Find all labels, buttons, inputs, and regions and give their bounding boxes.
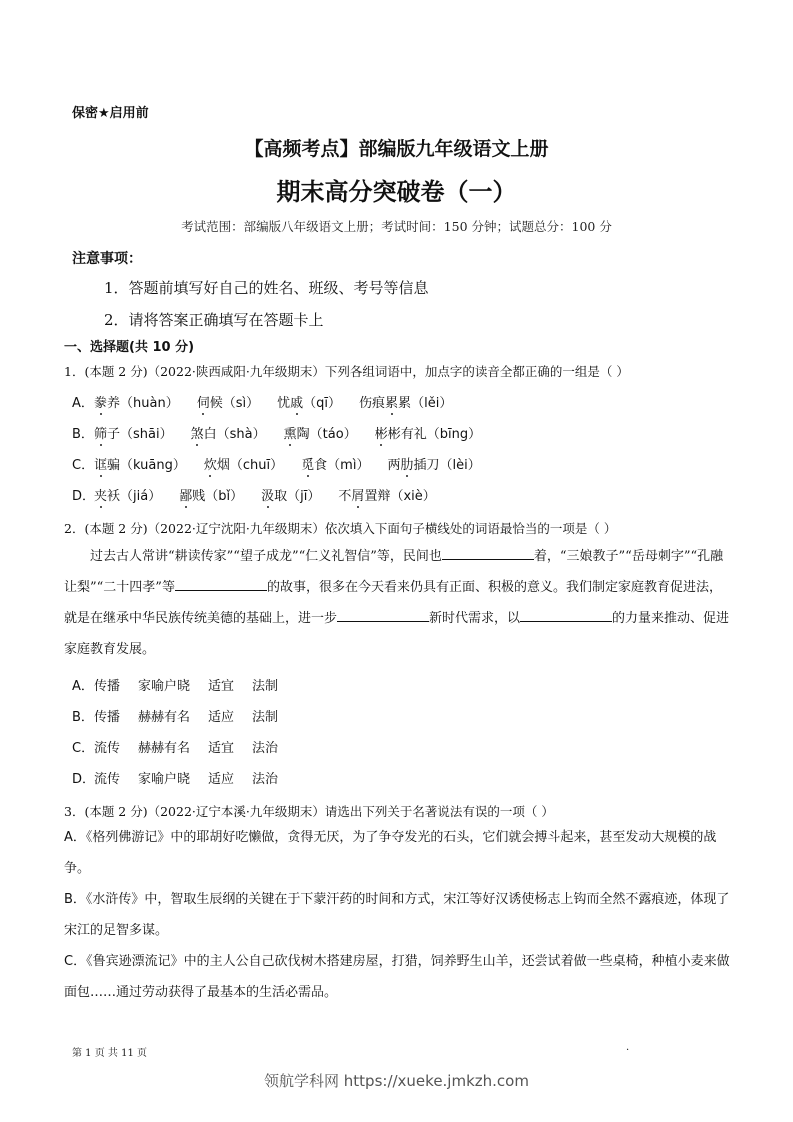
question-1-option[interactable]: C．诓骗（kuāng）炊烟（chuī）觅食（mì）两肋插刀（lèi）	[72, 454, 499, 473]
word-item: 筛子（shāi）	[94, 423, 173, 442]
pinyin: （lěi）	[411, 396, 452, 411]
question-1-option[interactable]: A．豢养（huàn）伺候（sì）忧戚（qī）伤痕累累（lěi）	[72, 392, 470, 411]
dotted-char: 熏	[284, 427, 297, 442]
question-2-option[interactable]: D．流传家喻户晓适应法治	[72, 768, 296, 787]
option-word: 法制	[252, 675, 278, 694]
dotted-char: 肋	[400, 458, 413, 473]
option-word: 适宜	[208, 737, 234, 756]
fill-blank-4[interactable]	[520, 607, 612, 622]
pinyin: （shà）	[217, 427, 266, 442]
confidential-label: 保密★启用前	[72, 102, 149, 121]
pinyin: （bǐ）	[205, 489, 243, 504]
dotted-char: 夹	[94, 489, 107, 504]
word-item: 忧戚（qī）	[277, 392, 341, 411]
word-item: 伺候（sì）	[197, 392, 259, 411]
question-2-passage: 过去古人常讲“耕读传家”“望子成龙”“仁义礼智信”等，民间也着，“三娘教子”“岳…	[64, 541, 732, 665]
dotted-char: 戚	[290, 396, 303, 411]
option-label: B．	[72, 706, 94, 725]
question-3-stem: 3．(本题 2 分)（2022·辽宁本溪·九年级期末）请选出下列关于名著说法有误…	[64, 802, 554, 820]
dotted-char: 诓	[94, 458, 107, 473]
exam-subtitle: 期末高分突破卷（一）	[0, 172, 793, 207]
option-word: 家喻户晓	[138, 768, 190, 787]
option-label: D．	[72, 768, 94, 787]
word-item: 豢养（huàn）	[94, 392, 179, 411]
notice-item: 1．答题前填写好自己的姓名、班级、考号等信息	[104, 277, 429, 298]
question-1-option[interactable]: D．夹袄（jiá）鄙贱（bǐ）汲取（jī）不屑置辩（xiè）	[72, 485, 454, 504]
option-label: C．	[72, 454, 94, 473]
notice-item: 2．请将答案正确填写在答题卡上	[104, 309, 324, 330]
option-label: A．	[72, 392, 94, 411]
word-item: 汲取（jī）	[261, 485, 320, 504]
pinyin: （huàn）	[120, 396, 179, 411]
word-item: 不屑置辩（xiè）	[338, 485, 435, 504]
fill-blank-1[interactable]	[442, 545, 534, 560]
option-label: A．	[72, 675, 94, 694]
dotted-char: 汲	[261, 489, 274, 504]
question-3-option-c[interactable]: C．《鲁宾逊漂流记》中的主人公自己砍伐树木搭建房屋，打猎，饲养野生山羊，还尝试着…	[64, 946, 736, 1008]
dotted-char: 彬	[375, 427, 388, 442]
pinyin: （sì）	[223, 396, 259, 411]
option-word: 法制	[252, 706, 278, 725]
option-word: 适宜	[208, 675, 234, 694]
dotted-char: 累	[385, 396, 398, 411]
pinyin: （bīng）	[427, 427, 481, 442]
dotted-char: 煞	[191, 427, 204, 442]
option-word: 流传	[94, 768, 120, 787]
question-3-option-b[interactable]: B．《水浒传》中，智取生辰纲的关键在于下蒙汗药的时间和方式，宋江等好汉诱使杨志上…	[64, 884, 736, 946]
pinyin: （qī）	[303, 396, 341, 411]
pinyin: （lèi）	[440, 458, 481, 473]
word-item: 两肋插刀（lèi）	[387, 454, 480, 473]
question-2-stem: 2．(本题 2 分)（2022·辽宁沈阳·九年级期末）依次填入下面句子横线处的词…	[64, 519, 616, 537]
pinyin: （kuāng）	[120, 458, 186, 473]
word-item: 觅食（mì）	[301, 454, 369, 473]
question-2-option[interactable]: A．传播家喻户晓适宜法制	[72, 675, 296, 694]
dotted-char: 伺	[197, 396, 210, 411]
word-item: 鄙贱（bǐ）	[179, 485, 243, 504]
word-item: 夹袄（jiá）	[94, 485, 161, 504]
word-item: 彬彬有礼（bīng）	[375, 423, 481, 442]
option-word: 赫赫有名	[138, 737, 190, 756]
dotted-char: 筛	[94, 427, 107, 442]
question-3-option-a[interactable]: A．《格列佛游记》中的耶胡好吃懒做，贪得无厌，为了争夺发光的石头，它们就会搏斗起…	[64, 822, 736, 884]
option-word: 家喻户晓	[138, 675, 190, 694]
word-item: 伤痕累累（lěi）	[359, 392, 452, 411]
exam-title: 【高频考点】部编版九年级语文上册	[0, 134, 793, 161]
pinyin: （jī）	[287, 489, 320, 504]
pinyin: （xiè）	[390, 489, 435, 504]
option-label: C．	[72, 737, 94, 756]
pinyin: （chuī）	[230, 458, 283, 473]
fill-blank-3[interactable]	[337, 607, 429, 622]
pinyin: （táo）	[310, 427, 357, 442]
option-word: 法治	[252, 768, 278, 787]
option-word: 适应	[208, 768, 234, 787]
pinyin: （jiá）	[120, 489, 161, 504]
section-heading: 一、选择题(共 10 分)	[64, 336, 194, 355]
pinyin: （shāi）	[120, 427, 173, 442]
word-item: 熏陶（táo）	[284, 423, 357, 442]
option-word: 赫赫有名	[138, 706, 190, 725]
option-word: 传播	[94, 675, 120, 694]
question-1-option[interactable]: B．筛子（shāi）煞白（shà）熏陶（táo）彬彬有礼（bīng）	[72, 423, 499, 442]
exam-info: 考试范围：部编版八年级语文上册；考试时间：150 分钟；试题总分：100 分	[0, 217, 793, 235]
dotted-char: 屑	[351, 489, 364, 504]
option-label: B．	[72, 423, 94, 442]
option-word: 适应	[208, 706, 234, 725]
notice-heading: 注意事项：	[72, 248, 142, 268]
option-word: 传播	[94, 706, 120, 725]
dotted-char: 觅	[301, 458, 314, 473]
footer-dot: .	[626, 1042, 629, 1053]
watermark: 领航学科网 https://xueke.jmkzh.com	[0, 1070, 793, 1091]
dotted-char: 炊	[204, 458, 217, 473]
question-1-stem: 1．(本题 2 分)（2022·陕西咸阳·九年级期末）下列各组词语中，加点字的读…	[64, 362, 629, 380]
word-item: 炊烟（chuī）	[204, 454, 283, 473]
dotted-char: 鄙	[179, 489, 192, 504]
word-item: 煞白（shà）	[191, 423, 266, 442]
page-number: 第 1 页 共 11 页	[72, 1044, 147, 1059]
dotted-char: 豢	[94, 396, 107, 411]
option-word: 流传	[94, 737, 120, 756]
question-2-option[interactable]: C．流传赫赫有名适宜法治	[72, 737, 296, 756]
option-label: D．	[72, 485, 94, 504]
option-word: 法治	[252, 737, 278, 756]
pinyin: （mì）	[327, 458, 369, 473]
question-2-option[interactable]: B．传播赫赫有名适应法制	[72, 706, 296, 725]
fill-blank-2[interactable]	[175, 576, 267, 591]
word-item: 诓骗（kuāng）	[94, 454, 186, 473]
